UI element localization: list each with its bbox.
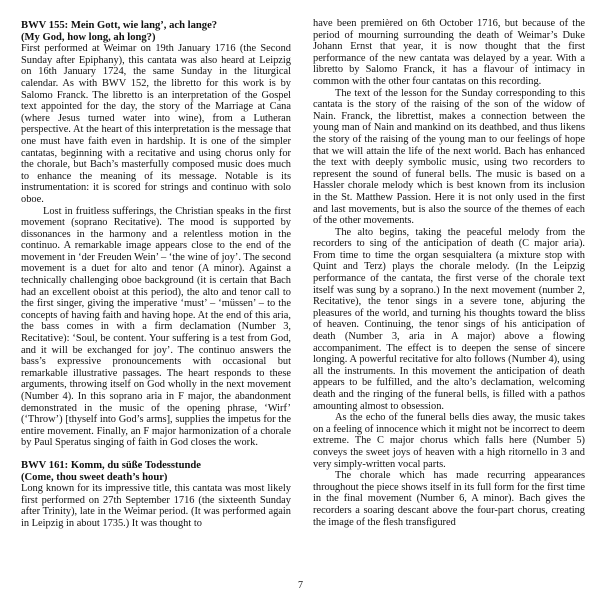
paragraph: The text of the lesson for the Sunday co…	[313, 88, 585, 227]
right-column: have been premièred on 6th October 1716,…	[313, 18, 585, 528]
section-title-bwv155: BWV 155: Mein Gott, wie lang’, ach lange…	[21, 20, 291, 32]
paragraph: Lost in fruitless sufferings, the Christ…	[21, 206, 291, 449]
left-column: BWV 155: Mein Gott, wie lang’, ach lange…	[21, 20, 291, 530]
paragraph: The alto begins, taking the peaceful mel…	[313, 227, 585, 413]
section-title-bwv161: BWV 161: Komm, du süße Todesstunde	[21, 460, 291, 472]
section-gap	[21, 449, 291, 460]
paragraph: First performed at Weimar on 19th Januar…	[21, 43, 291, 205]
paragraph: Long known for its impressive title, thi…	[21, 483, 291, 529]
paragraph: have been premièred on 6th October 1716,…	[313, 18, 585, 88]
section-subtitle-bwv155: (My God, how long, ah long?)	[21, 32, 291, 44]
section-subtitle-bwv161: (Come, thou sweet death’s hour)	[21, 472, 291, 484]
paragraph: The chorale which has made recurring app…	[313, 470, 585, 528]
page-number: 7	[298, 580, 303, 591]
paragraph: As the echo of the funeral bells dies aw…	[313, 412, 585, 470]
